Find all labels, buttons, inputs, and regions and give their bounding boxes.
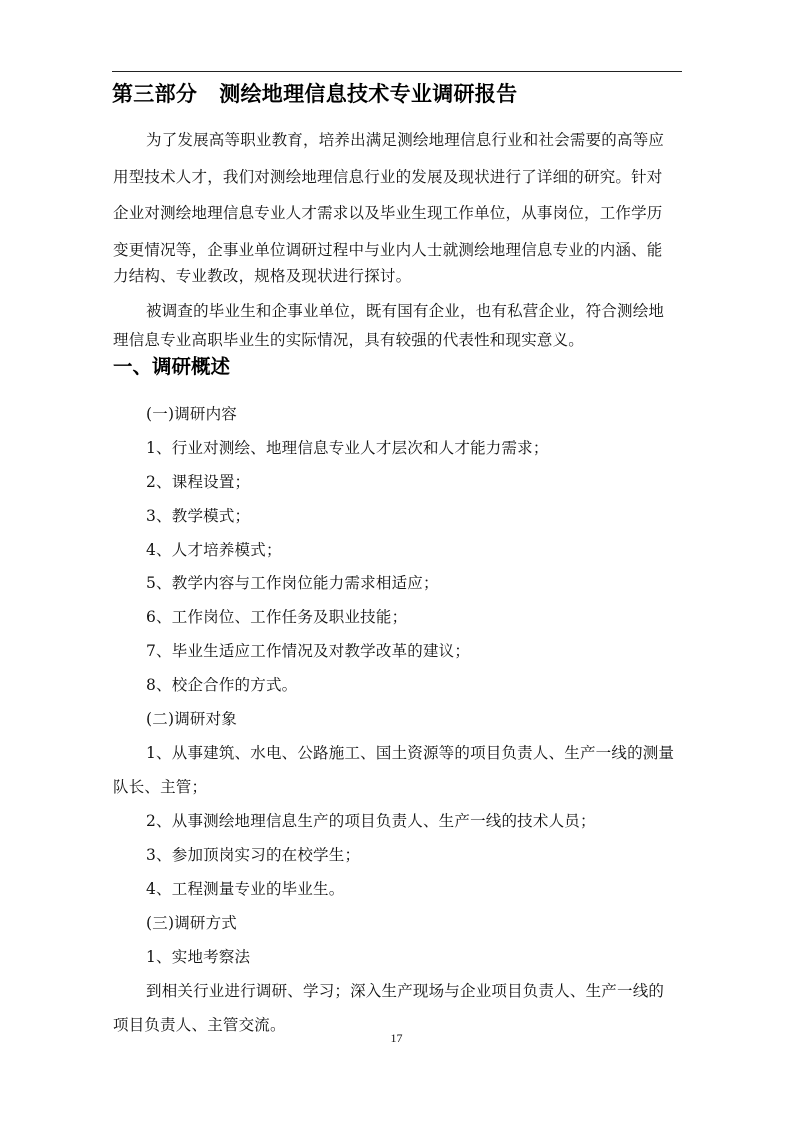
list-item: 1、行业对测绘、地理信息专业人才层次和人才能力需求；	[146, 436, 549, 458]
paragraph-line: 用型技术人才，我们对测绘地理信息行业的发展及现状进行了详细的研究。针对	[113, 165, 663, 187]
header-rule	[112, 71, 682, 72]
section-heading: 一、调研概述	[113, 351, 230, 379]
list-item: 3、参加顶岗实习的在校学生；	[146, 843, 360, 865]
paragraph-line: 变更情况等，企事业单位调研过程中与业内人士就测绘地理信息专业的内涵、能	[113, 238, 663, 260]
part-title: 第三部分测绘地理信息技术专业调研报告	[112, 78, 517, 108]
part-label: 第三部分	[112, 82, 197, 106]
page-number: 17	[0, 1031, 793, 1046]
document-page: 第三部分测绘地理信息技术专业调研报告 为了发展高等职业教育，培养出满足测绘地理信…	[0, 0, 793, 1122]
paragraph-line: 力结构、专业教改，规格及现状进行探讨。	[113, 264, 411, 286]
list-item: 6、工作岗位、工作任务及职业技能；	[146, 605, 407, 627]
list-item: 2、课程设置；	[146, 470, 250, 492]
paragraph-line: 到相关行业进行调研、学习；深入生产现场与企业项目负责人、生产一线的	[146, 979, 664, 1001]
report-title: 测绘地理信息技术专业调研报告	[219, 82, 517, 106]
subsection-heading: (二)调研对象	[146, 707, 237, 729]
list-item: 8、校企合作的方式。	[146, 673, 297, 695]
subsection-heading: (三)调研方式	[146, 911, 237, 933]
list-item: 4、人才培养模式；	[146, 538, 282, 560]
paragraph-line: 企业对测绘地理信息专业人才需求以及毕业生现工作单位，从事岗位，工作学历	[113, 201, 663, 223]
list-item: 5、教学内容与工作岗位能力需求相适应；	[146, 571, 439, 593]
list-item: 3、教学模式；	[146, 504, 250, 526]
paragraph-line: 为了发展高等职业教育，培养出满足测绘地理信息行业和社会需要的高等应	[146, 128, 664, 150]
list-item: 1、从事建筑、水电、公路施工、国土资源等的项目负责人、生产一线的测量	[146, 741, 674, 763]
list-item: 7、毕业生适应工作情况及对教学改革的建议；	[146, 639, 470, 661]
paragraph-line: 理信息专业高职毕业生的实际情况，具有较强的代表性和现实意义。	[113, 328, 584, 350]
paragraph-line: 被调查的毕业生和企事业单位，既有国有企业，也有私营企业，符合测绘地	[146, 299, 664, 321]
list-item: 2、从事测绘地理信息生产的项目负责人、生产一线的技术人员；	[146, 809, 596, 831]
list-item: 队长、主管；	[113, 775, 207, 797]
list-item: 4、工程测量专业的毕业生。	[146, 877, 344, 899]
subsection-heading: (一)调研内容	[146, 402, 237, 424]
list-item: 1、实地考察法	[146, 945, 250, 967]
